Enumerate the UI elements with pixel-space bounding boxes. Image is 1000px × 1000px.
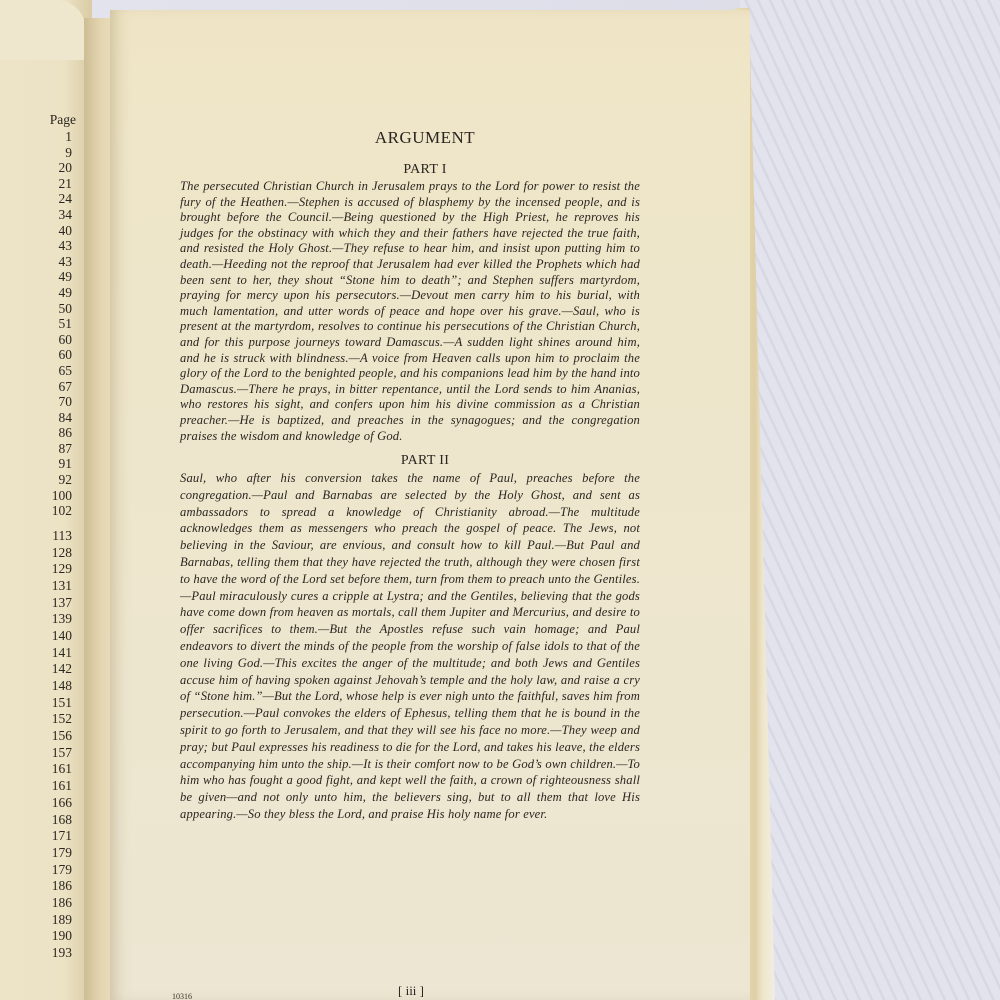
page-number: 171	[10, 828, 72, 845]
page-number: 21	[10, 176, 72, 192]
page-number: 1	[10, 129, 72, 145]
page-number: 87	[10, 441, 72, 457]
page-number: 51	[10, 316, 72, 332]
page-number: 102	[10, 503, 72, 519]
page-number: 20	[10, 160, 72, 176]
page-number: 49	[10, 269, 72, 285]
page-number: 43	[10, 254, 72, 270]
page-number: 113	[10, 528, 72, 545]
page-number: 70	[10, 394, 72, 410]
page-number: 67	[10, 379, 72, 395]
page-title: ARGUMENT	[180, 128, 640, 148]
part-1-text: The persecuted Christian Church in Jerus…	[180, 179, 640, 444]
page-number: 50	[10, 301, 72, 317]
page-number: 65	[10, 363, 72, 379]
page-number: 129	[10, 561, 72, 578]
page-folio: [ iii ]	[398, 983, 424, 999]
page-number: 179	[10, 845, 72, 862]
page-number: 9	[10, 145, 72, 161]
page-number-column: Page 19202124344043434949505160606567708…	[10, 112, 72, 962]
page-number: 24	[10, 191, 72, 207]
page-number: 142	[10, 661, 72, 678]
printer-mark: 10316	[172, 992, 192, 1000]
page-number: 140	[10, 628, 72, 645]
page-number: 157	[10, 745, 72, 762]
page-number: 92	[10, 472, 72, 488]
page-number: 91	[10, 456, 72, 472]
page-number: 141	[10, 645, 72, 662]
page-number: 148	[10, 678, 72, 695]
page-number: 137	[10, 595, 72, 612]
left-page-top-curl	[0, 0, 86, 60]
page-number: 131	[10, 578, 72, 595]
page-number: 193	[10, 945, 72, 962]
page-number: 179	[10, 862, 72, 879]
page-number: 128	[10, 545, 72, 562]
page-number: 84	[10, 410, 72, 426]
page-number: 139	[10, 611, 72, 628]
background-surface	[740, 0, 1000, 1000]
page-number: 40	[10, 223, 72, 239]
page-number: 100	[10, 488, 72, 504]
page-number: 168	[10, 812, 72, 829]
page-number: 43	[10, 238, 72, 254]
page-number: 156	[10, 728, 72, 745]
page-number: 152	[10, 711, 72, 728]
page-number: 189	[10, 912, 72, 929]
page-number: 186	[10, 878, 72, 895]
page-number: 166	[10, 795, 72, 812]
page-number: 86	[10, 425, 72, 441]
part-2-text: Saul, who after his conversion takes the…	[180, 470, 640, 823]
page-column-header: Page	[10, 112, 76, 128]
page-number: 186	[10, 895, 72, 912]
page-numbers-part2: 1131281291311371391401411421481511521561…	[10, 528, 72, 962]
page-numbers-part1: 1920212434404343494950516060656770848687…	[10, 129, 72, 519]
page-number: 161	[10, 778, 72, 795]
page-number: 34	[10, 207, 72, 223]
page-number: 190	[10, 928, 72, 945]
part-2-heading: PART II	[180, 453, 640, 469]
page-number: 161	[10, 761, 72, 778]
page-number: 151	[10, 695, 72, 712]
part-1-heading: PART I	[180, 162, 640, 178]
page-number: 49	[10, 285, 72, 301]
page-number: 60	[10, 332, 72, 348]
argument-content: ARGUMENT PART I The persecuted Christian…	[180, 128, 640, 832]
page-number: 60	[10, 347, 72, 363]
